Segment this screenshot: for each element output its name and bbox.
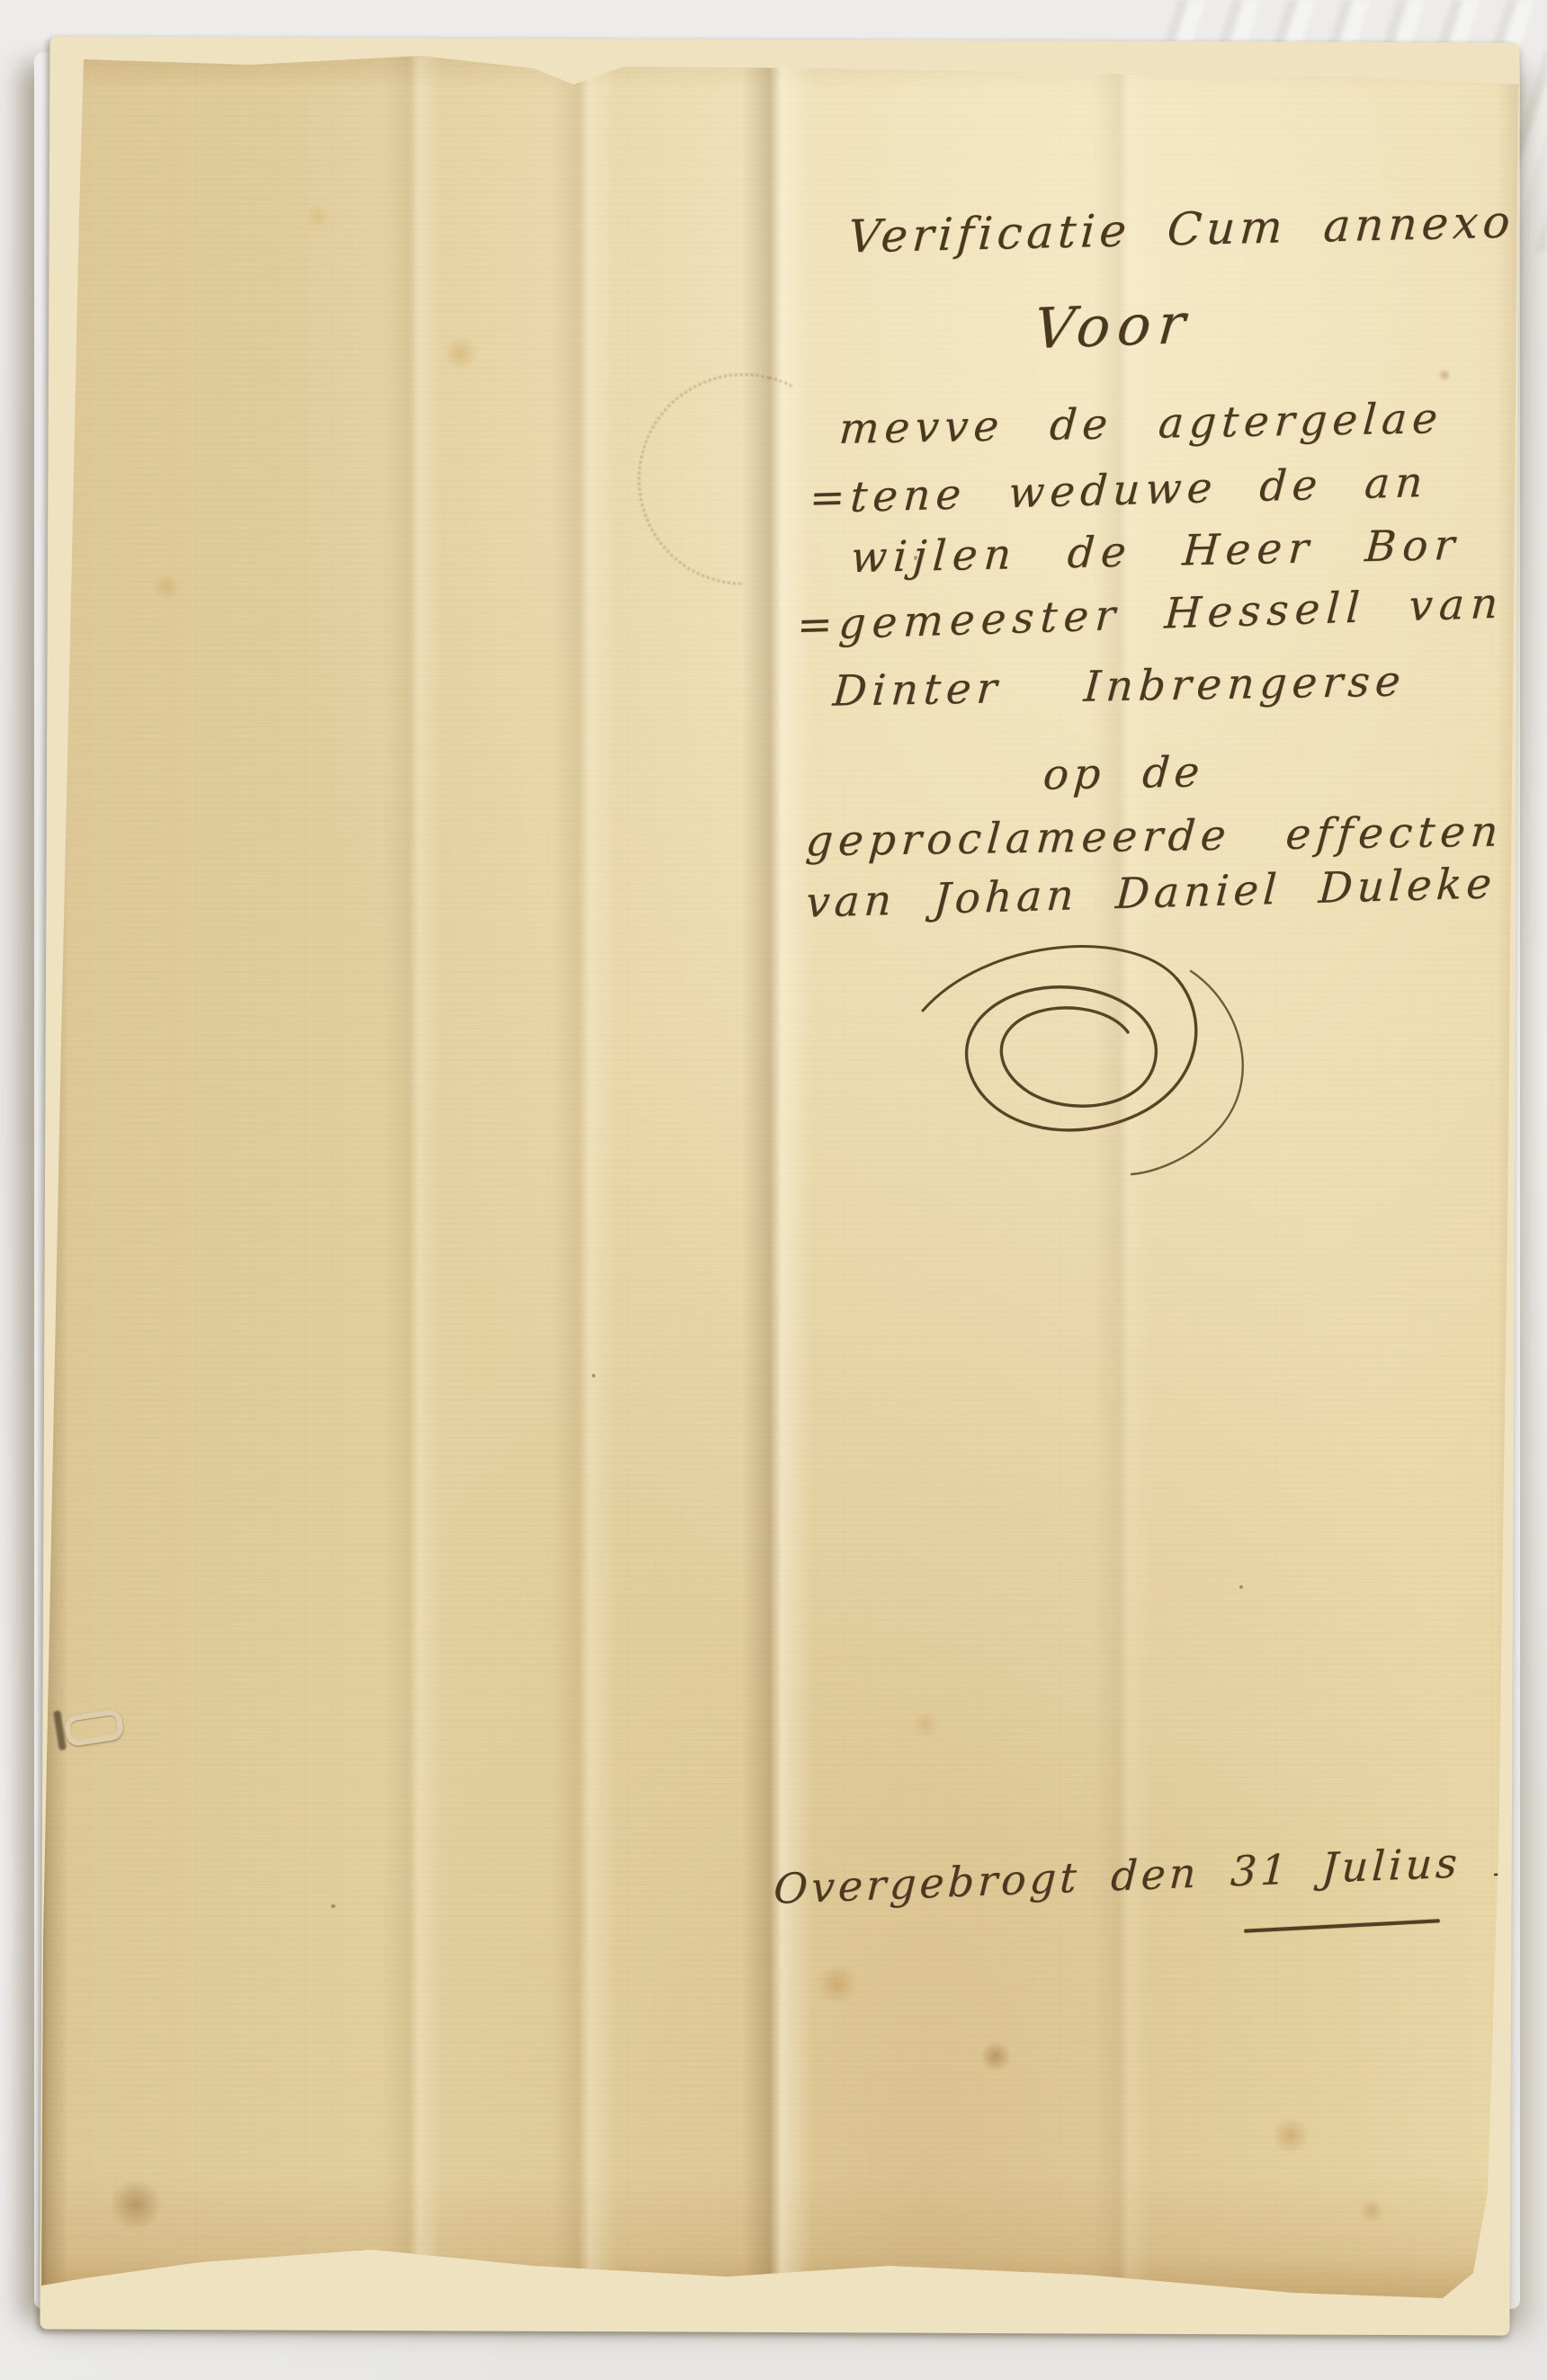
handwritten-line: mevve de agtergelae [837, 394, 1444, 454]
handwritten-line: Dinter Inbrengerse [831, 656, 1408, 716]
stain-spot [106, 2181, 165, 2228]
stain-spot [1358, 2199, 1385, 2223]
handwritten-line: =gemeester Hessell van [796, 579, 1506, 651]
ink-flourish [905, 931, 1301, 1183]
handwritten-line: wijlen de Heer Bor [849, 521, 1462, 583]
stain-spot [1437, 369, 1452, 381]
handwritten-line: =tene weduwe de an [808, 458, 1429, 523]
paper-speck [331, 1904, 335, 1908]
stitch-wire-loop [63, 1708, 125, 1748]
stain-spot [304, 205, 331, 228]
handwritten-line: geproclameerde effecten [804, 807, 1505, 867]
stain-spot [910, 1712, 941, 1737]
handwritten-line: op de [1042, 747, 1205, 799]
paper-speck [592, 1374, 595, 1377]
handwritten-title-line: Verificatie Cum annexo [846, 196, 1516, 263]
binding-stitch [54, 1707, 117, 1743]
handwritten-line: van Johan Daniel Duleke [805, 859, 1498, 928]
stain-spot [814, 1966, 861, 2003]
stain-spot [979, 2041, 1013, 2072]
stain-spot [441, 337, 480, 370]
paper-speck [1239, 1585, 1243, 1589]
date-underline [1244, 1919, 1440, 1932]
manuscript-paper: Verificatie Cum annexo Voor mevve de agt… [34, 52, 1520, 2309]
handwritten-voor-line: Voor [1032, 290, 1195, 361]
stain-spot [1270, 2118, 1311, 2153]
stain-spot [151, 574, 182, 601]
date-line: Overgebrogt den 31 Julius 1738 [773, 1832, 1547, 1913]
